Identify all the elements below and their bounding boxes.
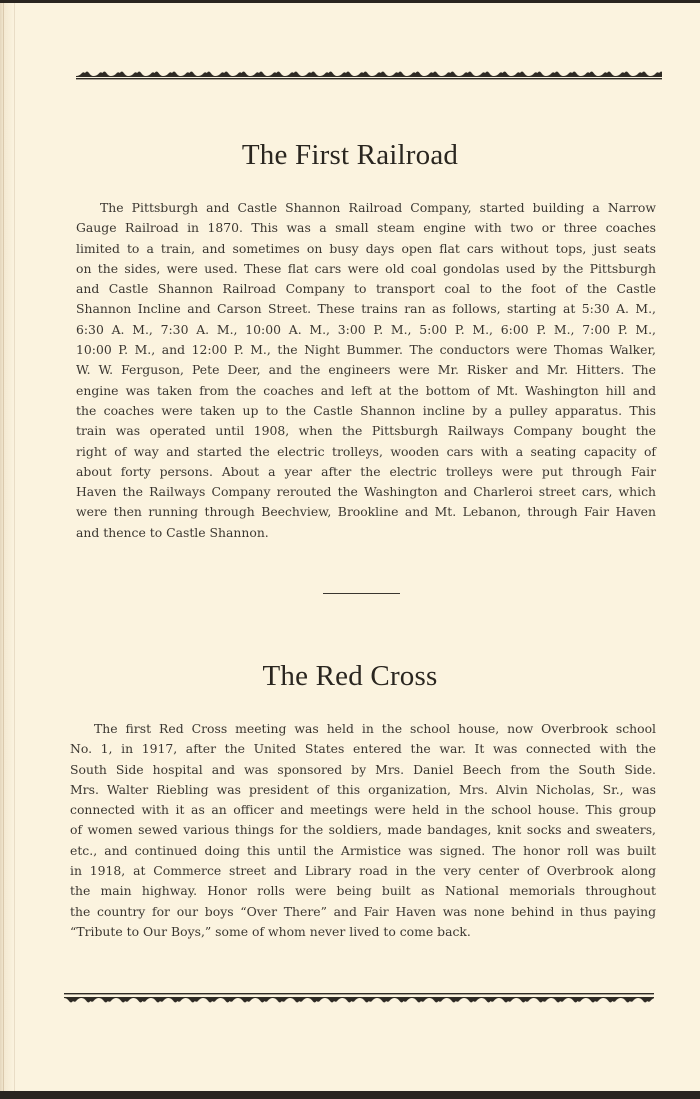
text-line: The first Red Cross meeting was held in … <box>70 719 656 739</box>
top-ornamental-border <box>76 68 662 80</box>
text-line: Haven the Railways Company rerouted the … <box>76 482 656 502</box>
text-line: engine was taken from the coaches and le… <box>76 381 656 401</box>
text-line: Gauge Railroad in 1870. This was a small… <box>76 218 656 238</box>
text-line: on the sides, were used. These flat cars… <box>76 259 656 279</box>
book-page: The First Railroad The Pittsburgh and Ca… <box>0 3 700 1091</box>
text-line: 10:00 P. M., and 12:00 P. M., the Night … <box>76 340 656 360</box>
text-line: W. W. Ferguson, Pete Deer, and the engin… <box>76 360 656 380</box>
text-line: of women sewed various things for the so… <box>70 820 656 840</box>
text-line: were then running through Beechview, Bro… <box>76 502 656 522</box>
bottom-ornamental-border <box>64 993 654 1005</box>
text-line: the main highway. Honor rolls were being… <box>70 881 656 901</box>
text-line: right of way and started the electric tr… <box>76 442 656 462</box>
red-cross-paragraph: The first Red Cross meeting was held in … <box>70 719 656 942</box>
text-line: The Pittsburgh and Castle Shannon Railro… <box>76 198 656 218</box>
text-line: “Tribute to Our Boys,” some of whom neve… <box>70 922 656 942</box>
first-railroad-paragraph: The Pittsburgh and Castle Shannon Railro… <box>76 198 656 543</box>
section-divider <box>323 593 400 594</box>
section-title-first-railroad: The First Railroad <box>0 139 700 172</box>
text-line: Shannon Incline and Carson Street. These… <box>76 299 656 319</box>
text-line: in 1918, at Commerce street and Library … <box>70 861 656 881</box>
section-title-red-cross: The Red Cross <box>0 660 700 693</box>
text-line: No. 1, in 1917, after the United States … <box>70 739 656 759</box>
text-line: train was operated until 1908, when the … <box>76 421 656 441</box>
text-line: 6:30 A. M., 7:30 A. M., 10:00 A. M., 3:0… <box>76 320 656 340</box>
text-line: and thence to Castle Shannon. <box>76 523 656 543</box>
text-line: Mrs. Walter Riebling was president of th… <box>70 780 656 800</box>
text-line: the coaches were taken up to the Castle … <box>76 401 656 421</box>
text-line: the country for our boys “Over There” an… <box>70 902 656 922</box>
text-line: and Castle Shannon Railroad Company to t… <box>76 279 656 299</box>
text-line: etc., and continued doing this until the… <box>70 841 656 861</box>
text-line: about forty persons. About a year after … <box>76 462 656 482</box>
text-line: limited to a train, and sometimes on bus… <box>76 239 656 259</box>
text-line: South Side hospital and was sponsored by… <box>70 760 656 780</box>
text-line: connected with it as an officer and meet… <box>70 800 656 820</box>
